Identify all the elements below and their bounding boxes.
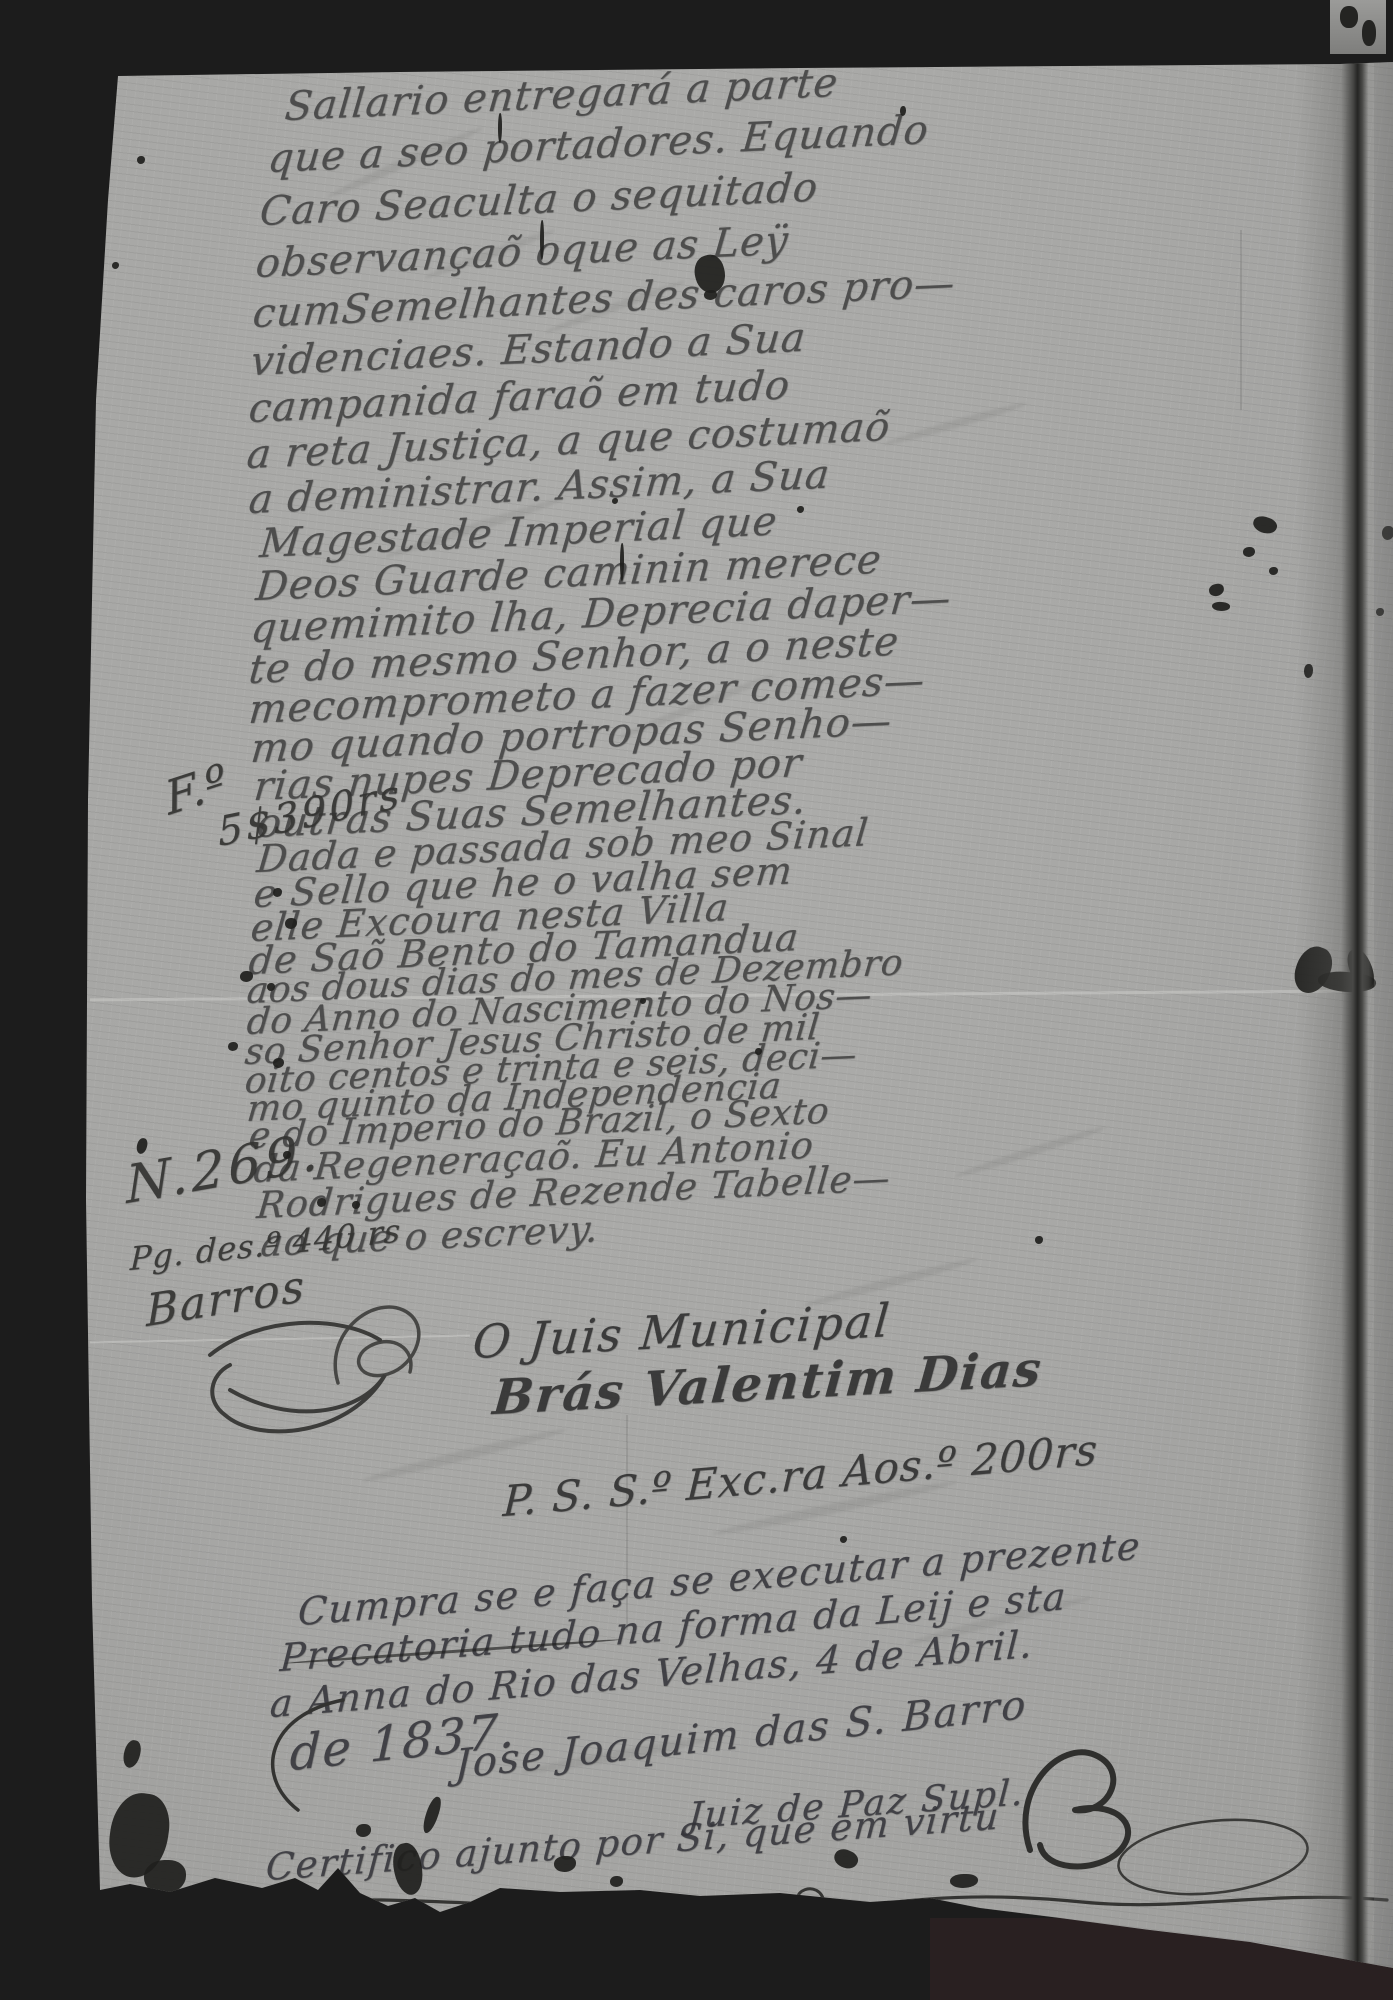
ink-blot [135, 1137, 148, 1155]
ink-blot [950, 1874, 978, 1888]
ink-blot [554, 1856, 576, 1872]
ink-blot [273, 888, 282, 897]
ink-blot [1208, 583, 1225, 597]
ink-blot [317, 1198, 326, 1207]
ink-blot [840, 1536, 847, 1543]
ink-blot [285, 918, 297, 929]
tape-stain [1362, 20, 1376, 46]
ink-blot [640, 998, 646, 1004]
ink-blot [498, 113, 502, 143]
adjacent-page-edge [1374, 0, 1393, 2000]
ink-blot [610, 1876, 623, 1887]
ink-blot [228, 1042, 238, 1051]
document-scan: Sallario entregará a parteque a seo port… [0, 0, 1393, 2000]
ink-blot [540, 220, 544, 260]
ink-blot [1251, 513, 1279, 536]
ink-blot [612, 498, 618, 504]
book-binding-crease [1296, 0, 1374, 2000]
ink-blot [273, 1058, 284, 1068]
ink-blot [620, 543, 624, 581]
binding-tape [1330, 0, 1386, 54]
ink-blot [240, 971, 253, 982]
ink-blot [1243, 547, 1255, 557]
ink-blot [1212, 601, 1231, 612]
ink-blot [704, 290, 717, 300]
ink-blot [112, 262, 119, 269]
ink-blot [1035, 1236, 1043, 1244]
ink-blot [352, 1201, 360, 1209]
manuscript-page: Sallario entregará a parteque a seo port… [0, 0, 1393, 2000]
ink-blot [356, 1824, 371, 1837]
ink-blot [389, 1841, 427, 1898]
ink-blot [797, 506, 804, 513]
ink-blot [121, 1739, 142, 1770]
tape-stain [1340, 6, 1358, 28]
ink-blots [0, 0, 1393, 2000]
ink-blot [1269, 567, 1278, 575]
ink-blot [137, 156, 145, 164]
ink-blot [144, 1860, 186, 1894]
ink-blot [755, 1048, 762, 1055]
ink-blot [285, 1638, 619, 1664]
ink-blot [831, 1846, 860, 1872]
ink-blot [900, 106, 906, 116]
ink-blot [283, 1151, 291, 1159]
ink-blot [420, 1795, 443, 1835]
ink-blot [267, 983, 275, 991]
